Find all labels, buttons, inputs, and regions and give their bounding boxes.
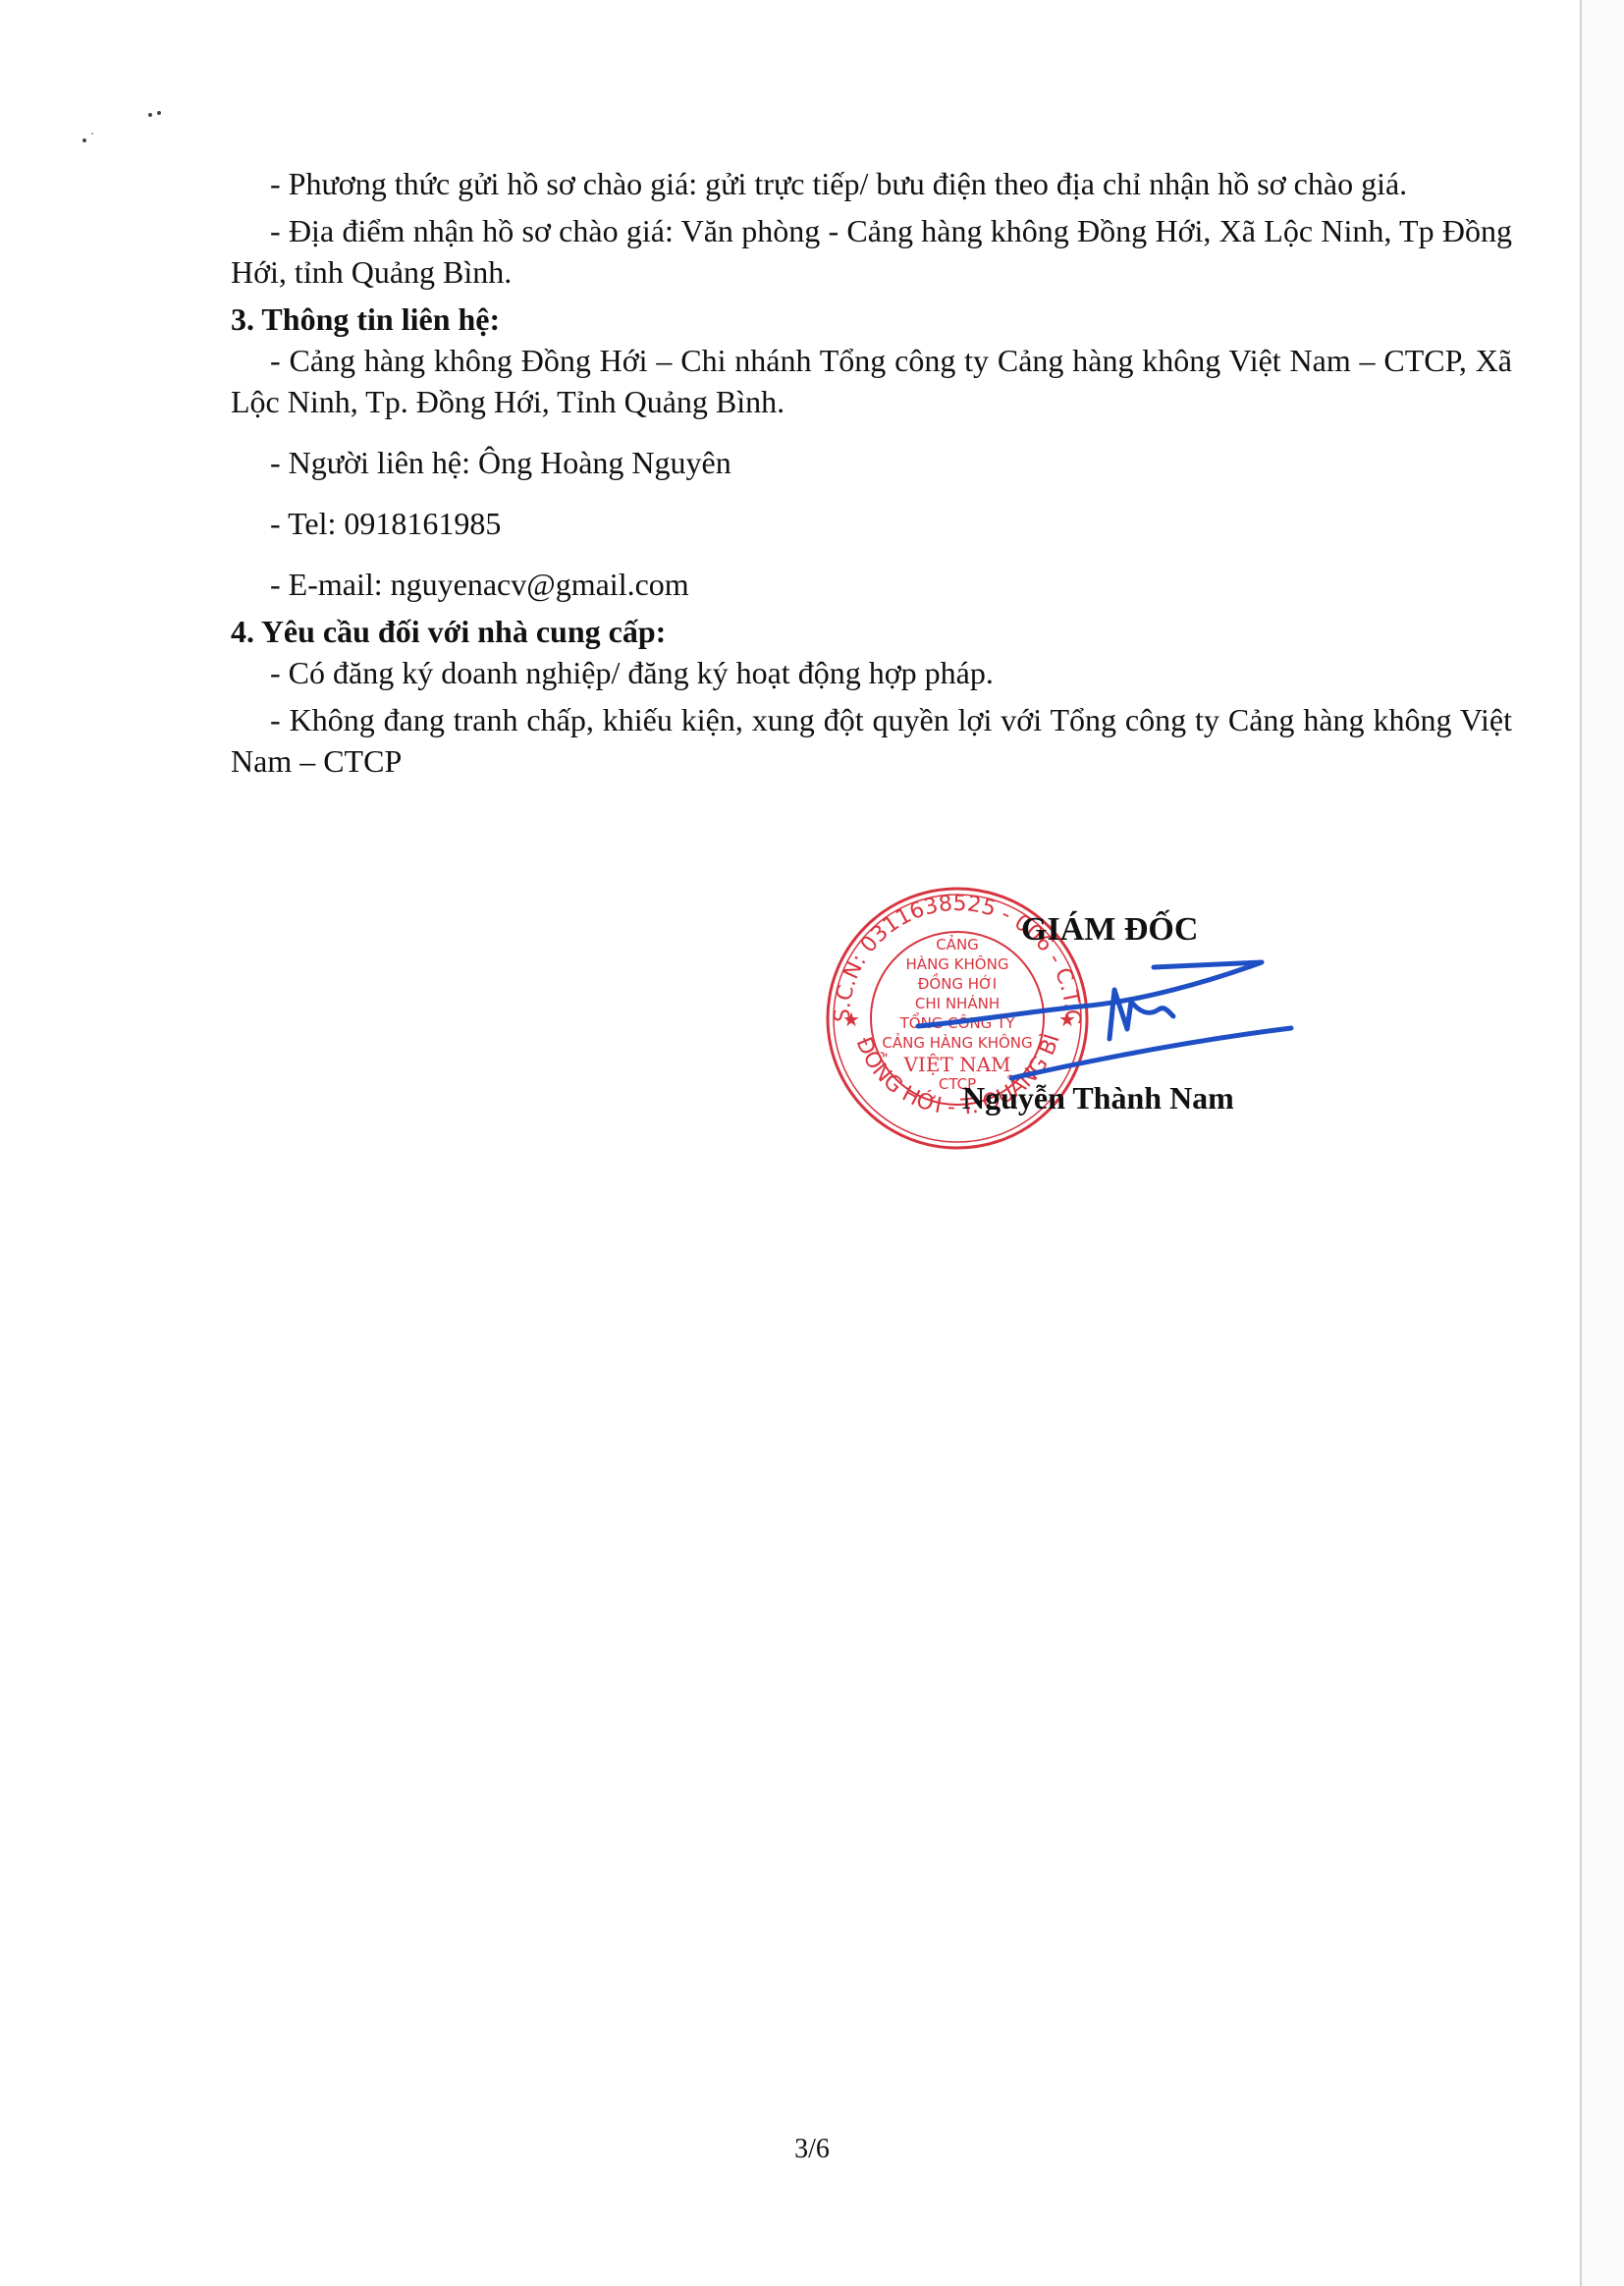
contact-email: - E-mail: nguyenacv@gmail.com bbox=[231, 564, 1512, 605]
signatory-name: Nguyễn Thành Nam bbox=[962, 1080, 1234, 1116]
contact-organization: - Cảng hàng không Đồng Hới – Chi nhánh T… bbox=[231, 340, 1512, 422]
requirement-registration: - Có đăng ký doanh nghiệp/ đăng ký hoạt … bbox=[231, 652, 1512, 693]
contact-tel: - Tel: 0918161985 bbox=[231, 503, 1512, 544]
page-edge-line bbox=[1580, 0, 1582, 2286]
section-4-heading: 4. Yêu cầu đối với nhà cung cấp: bbox=[231, 611, 1512, 652]
scan-speck bbox=[157, 111, 161, 115]
requirement-no-dispute: - Không đang tranh chấp, khiếu kiện, xun… bbox=[231, 699, 1512, 782]
signature-block: M.S.C.N: 0311638525 - 006 - C.T.C.P. TP.… bbox=[815, 864, 1326, 1159]
paragraph-submission-location: - Địa điểm nhận hồ sơ chào giá: Văn phòn… bbox=[231, 210, 1512, 293]
scan-speck bbox=[91, 133, 93, 135]
document-body: - Phương thức gửi hồ sơ chào giá: gửi tr… bbox=[231, 163, 1512, 782]
section-3-heading: 3. Thông tin liên hệ: bbox=[231, 299, 1512, 340]
page-number: 3/6 bbox=[0, 2134, 1624, 2165]
paragraph-submission-method: - Phương thức gửi hồ sơ chào giá: gửi tr… bbox=[231, 163, 1512, 204]
scan-speck bbox=[148, 113, 152, 117]
contact-person: - Người liên hệ: Ông Hoàng Nguyên bbox=[231, 442, 1512, 483]
scan-speck bbox=[82, 138, 86, 142]
scan-margin bbox=[1582, 0, 1624, 2286]
